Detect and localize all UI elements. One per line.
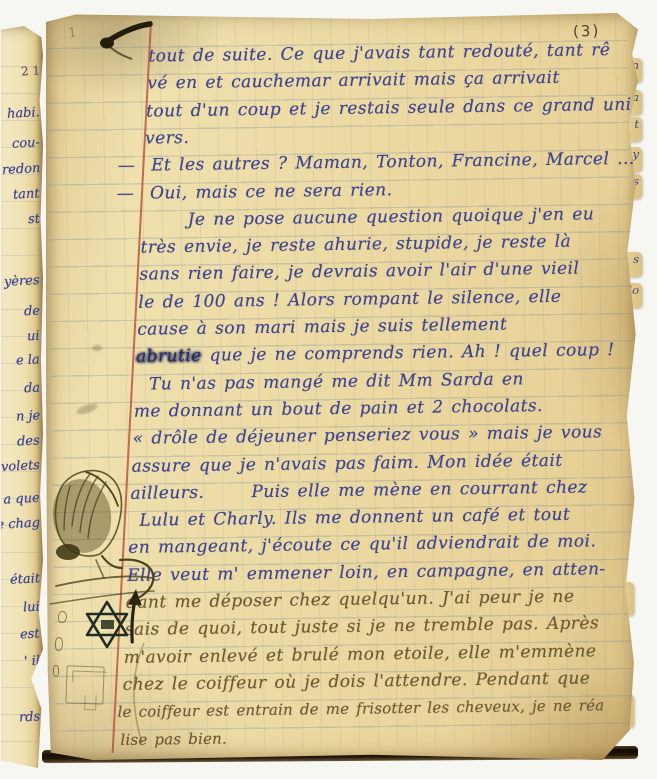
- previous-page-text-fragment: tre chag: [0, 516, 40, 534]
- previous-page-text-fragment: 2 1: [21, 64, 41, 79]
- diary-page: tout de suite. Ce que j'avais tant redou…: [46, 13, 638, 760]
- previous-page-text-fragment: tant: [13, 186, 40, 202]
- previous-page-text-fragment: redon: [1, 161, 40, 178]
- handwriting-line: — Oui, mais ce ne sera rien.: [117, 179, 393, 205]
- pencil-curve: [128, 641, 150, 745]
- arrow-up-icon: [122, 588, 146, 645]
- ink-blot-icon: [90, 16, 156, 62]
- previous-page-text-fragment: volets: [1, 458, 41, 475]
- previous-page-text-fragment: était: [10, 571, 41, 588]
- handwritten-text: tout de suite. Ce que j'avais tant redou…: [42, 6, 634, 14]
- head-sketch: [40, 460, 165, 612]
- previous-page-text-fragment: des: [17, 433, 40, 449]
- previous-page-text-fragment: da: [24, 381, 41, 397]
- previous-page-text-fragment: yères: [4, 273, 40, 290]
- page-number: (3): [573, 22, 601, 41]
- square-doodle: [65, 665, 104, 704]
- previous-page-text-fragment: e la: [16, 352, 40, 368]
- previous-page-text-fragment: ui: [27, 329, 40, 345]
- previous-page-text-fragment: habi.: [7, 105, 40, 122]
- previous-page-edge: 2 1habi.cou-redontantstyèresdeuie ladan …: [1, 26, 43, 768]
- previous-page-text-fragment: y a que: [0, 491, 40, 508]
- crossed-out-word: abrutie: [136, 346, 202, 367]
- previous-page-text-fragment: rds: [18, 709, 40, 725]
- faint-page-mark: 1: [67, 24, 83, 41]
- previous-page-text-fragment: est: [20, 626, 40, 642]
- pencil-smudge: [92, 345, 102, 351]
- previous-page-text-fragment: cou-: [12, 135, 41, 151]
- previous-page-text-fragment: st: [28, 212, 41, 228]
- notebook-scan: 2 1habi.cou-redontantstyèresdeuie ladan …: [0, 0, 657, 779]
- ink-drip: [53, 665, 59, 677]
- handwriting-line: vers.: [145, 127, 189, 150]
- previous-page-text-fragment: ' il: [24, 654, 41, 670]
- previous-page-text-fragment: n je: [15, 408, 40, 424]
- previous-page-text-fragment: lui: [23, 600, 40, 616]
- previous-page-text-fragment: de: [24, 304, 41, 320]
